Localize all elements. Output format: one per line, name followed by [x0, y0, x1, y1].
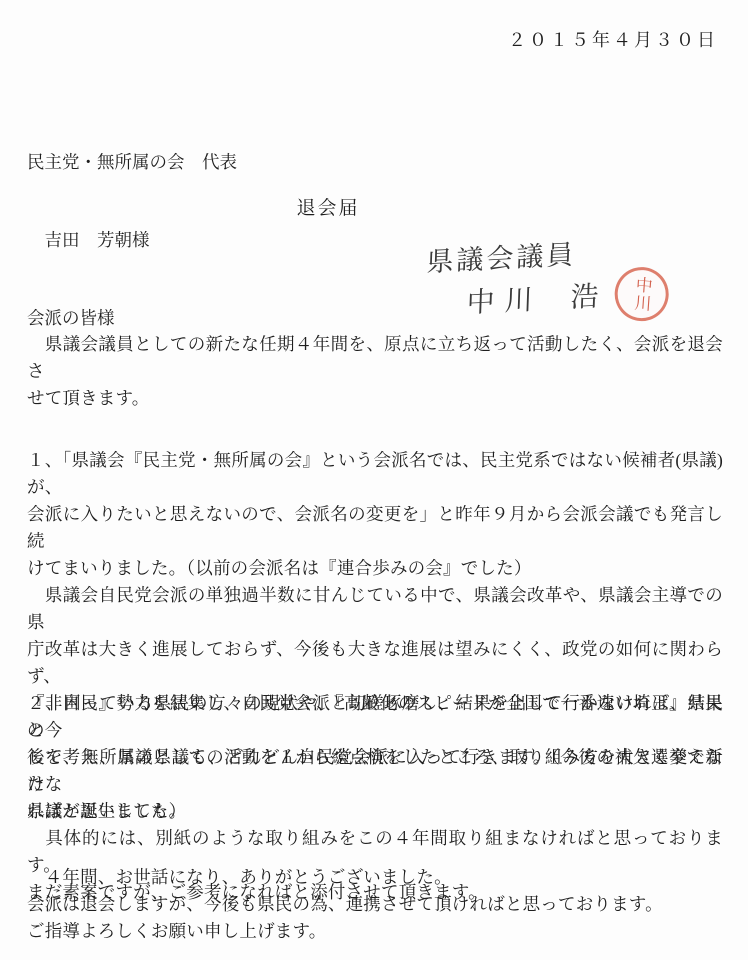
- signature-family-name: 中川: [466, 284, 543, 319]
- signature-given-name: 浩: [570, 281, 609, 314]
- signature-name-handwriting: 中川浩: [466, 268, 713, 321]
- recipient-group-line: 民主党・無所属の会 代表: [27, 149, 237, 175]
- document-date: ２０１５年４月３０日: [508, 26, 718, 52]
- recipient-block: 民主党・無所属の会 代表 吉田 芳朝様 会派の皆様: [27, 97, 237, 357]
- recipient-members-line: 会派の皆様: [27, 305, 237, 331]
- scanned-letter-page: { "page": { "background_color": "#fdfdfd…: [0, 0, 748, 960]
- recipient-name-line: 吉田 芳朝様: [27, 227, 237, 253]
- paragraph-closing: ４年間、お世話になり、ありがとうございました。 会派は退会しますが、今後も県民の…: [27, 864, 723, 945]
- handwritten-signature-block: 県議会議員 中川浩 中川: [420, 225, 715, 340]
- paragraph-opening: 県議会議員としての新たな任期４年間を、原点に立ち返って活動したく、会派を退会さ …: [27, 331, 723, 412]
- document-title: 退会届: [0, 193, 656, 220]
